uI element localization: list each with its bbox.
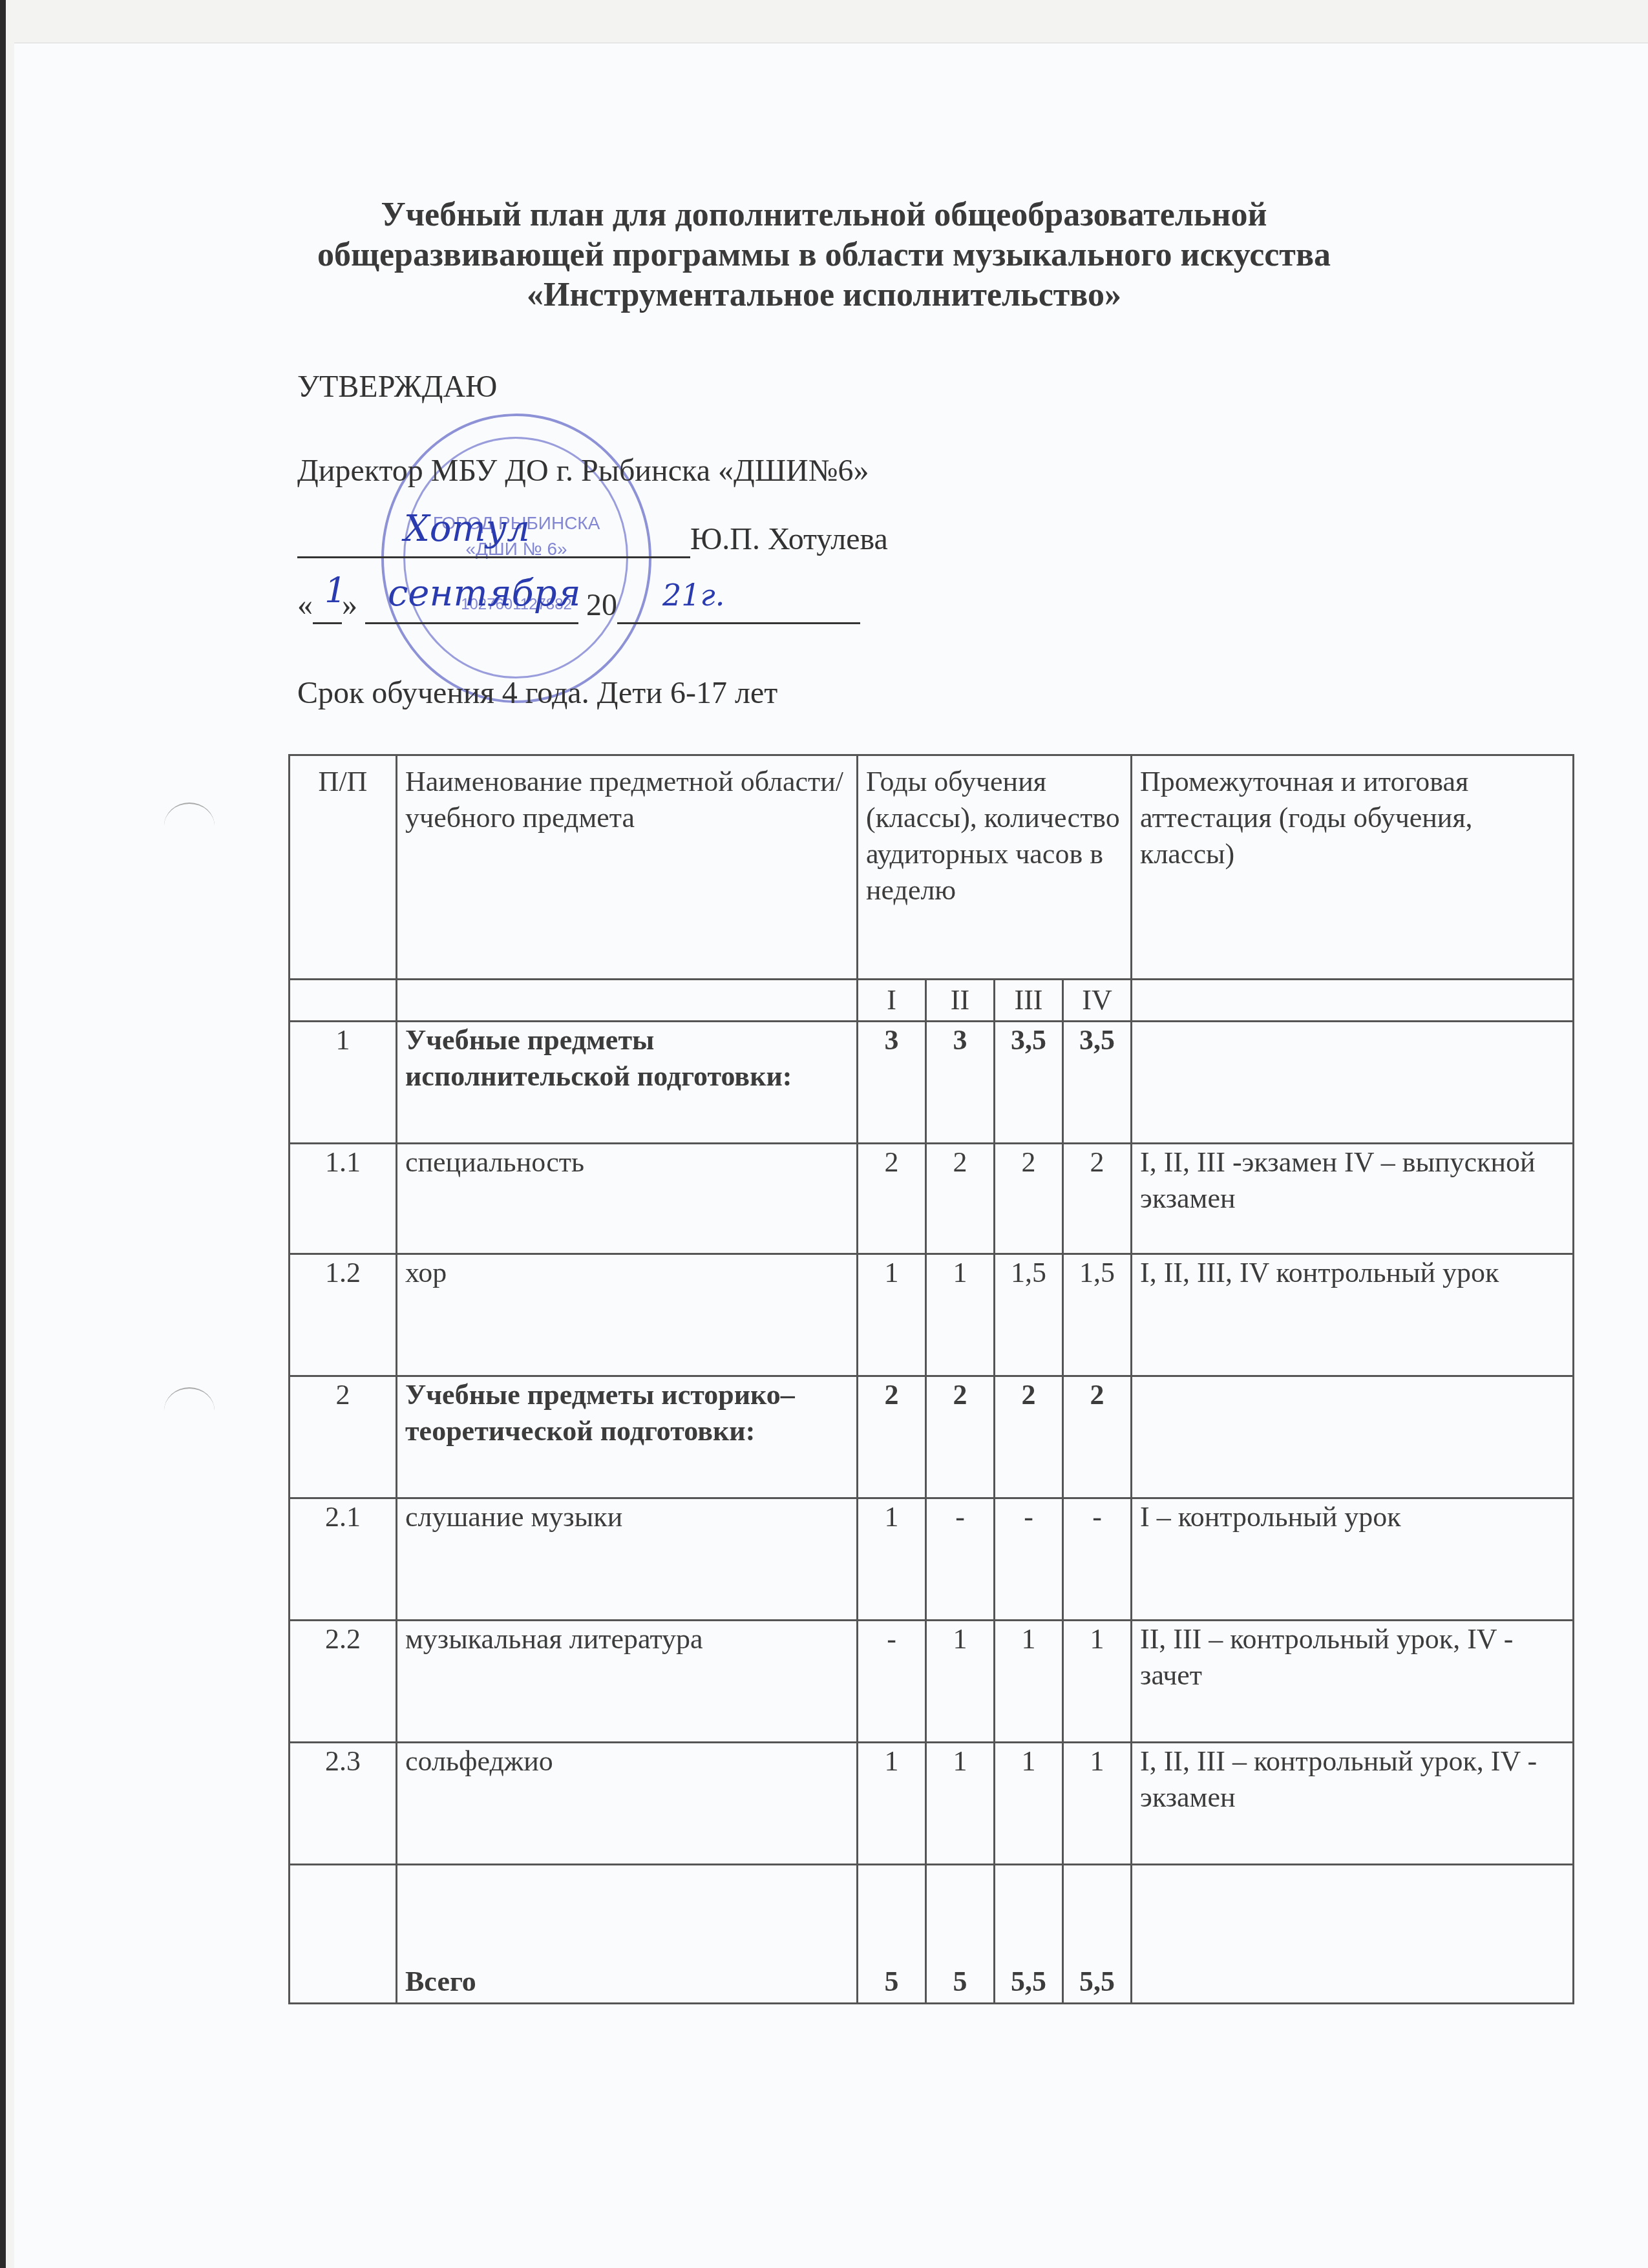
scanner-edge xyxy=(0,0,6,2268)
attestation xyxy=(1132,1022,1574,1144)
empty-cell xyxy=(1132,980,1574,1022)
subject-row: 2.3сольфеджио1111I, II, III – контрольны… xyxy=(290,1743,1574,1865)
row-number: 2.2 xyxy=(290,1621,397,1743)
section-row: 1Учебные предметы исполнительской подгот… xyxy=(290,1022,1574,1144)
weekly-hours: 1 xyxy=(858,1254,926,1376)
total-hours: 5 xyxy=(926,1865,995,2004)
section-row: 2Учебные предметы историко–теоретической… xyxy=(290,1376,1574,1498)
weekly-hours: 1 xyxy=(1063,1743,1132,1865)
handwritten-day: 1 xyxy=(324,572,346,610)
total-label: Всего xyxy=(397,1865,858,2004)
director-line: Директор МБУ ДО г. Рыбинска «ДШИ№6» xyxy=(297,452,869,490)
title-line-1: Учебный план для дополнительной общеобра… xyxy=(0,195,1648,235)
weekly-hours: 1,5 xyxy=(995,1254,1063,1376)
header-years: Годы обучения (классы), количество аудит… xyxy=(858,755,1132,980)
row-number: 2.3 xyxy=(290,1743,397,1865)
weekly-hours: 1 xyxy=(926,1254,995,1376)
header-name: Наименование предметной области/учебного… xyxy=(397,755,858,980)
weekly-hours: 2 xyxy=(1063,1376,1132,1498)
total-hours: 5,5 xyxy=(995,1865,1063,2004)
date-year-blank xyxy=(617,593,860,624)
subject-name: Учебные предметы исполнительской подгото… xyxy=(397,1022,858,1144)
title-line-3: «Инструментальное исполнительство» xyxy=(0,275,1648,315)
subject-name: слушание музыки xyxy=(397,1498,858,1621)
document-title: Учебный план для дополнительной общеобра… xyxy=(0,195,1648,315)
weekly-hours: 2 xyxy=(858,1144,926,1254)
attestation: I, II, III – контрольный урок, IV - экза… xyxy=(1132,1743,1574,1865)
year-label: I xyxy=(858,980,926,1022)
row-number: 1.1 xyxy=(290,1144,397,1254)
date-year-prefix: 20 xyxy=(586,588,617,622)
signatory-name: Ю.П. Хотулева xyxy=(690,522,888,556)
subject-row: 2.1слушание музыки1---I – контрольный ур… xyxy=(290,1498,1574,1621)
empty-cell xyxy=(290,980,397,1022)
weekly-hours: - xyxy=(926,1498,995,1621)
weekly-hours: 2 xyxy=(1063,1144,1132,1254)
empty-cell xyxy=(1132,1865,1574,2004)
weekly-hours: 3 xyxy=(926,1022,995,1144)
weekly-hours: 1 xyxy=(926,1743,995,1865)
weekly-hours: 1,5 xyxy=(1063,1254,1132,1376)
empty-cell xyxy=(290,1865,397,2004)
row-number: 1.2 xyxy=(290,1254,397,1376)
handwritten-signature: Хотул xyxy=(404,510,530,548)
subject-row: 1.1специальность2222I, II, III -экзамен … xyxy=(290,1144,1574,1254)
year-labels-row: I II III IV xyxy=(290,980,1574,1022)
subject-row: 1.2хор111,51,5I, II, III, IV контрольный… xyxy=(290,1254,1574,1376)
weekly-hours: 1 xyxy=(995,1743,1063,1865)
weekly-hours: 1 xyxy=(858,1498,926,1621)
total-hours: 5 xyxy=(858,1865,926,2004)
year-label: III xyxy=(995,980,1063,1022)
attestation: I, II, III -экзамен IV – выпускной экзам… xyxy=(1132,1144,1574,1254)
weekly-hours: 1 xyxy=(1063,1621,1132,1743)
year-label: IV xyxy=(1063,980,1132,1022)
subject-row: 2.2музыкальная литература-111II, III – к… xyxy=(290,1621,1574,1743)
curriculum-table: П/П Наименование предметной области/учеб… xyxy=(288,754,1574,2004)
weekly-hours: 2 xyxy=(995,1144,1063,1254)
header-num: П/П xyxy=(290,755,397,980)
subject-name: сольфеджио xyxy=(397,1743,858,1865)
weekly-hours: - xyxy=(1063,1498,1132,1621)
weekly-hours: 1 xyxy=(858,1743,926,1865)
subject-name: музыкальная литература xyxy=(397,1621,858,1743)
punch-hole-bottom xyxy=(164,1387,215,1411)
empty-cell xyxy=(397,980,858,1022)
weekly-hours: 2 xyxy=(858,1376,926,1498)
weekly-hours: 2 xyxy=(926,1144,995,1254)
attestation: II, III – контрольный урок, IV - зачет xyxy=(1132,1621,1574,1743)
attestation: I – контрольный урок xyxy=(1132,1498,1574,1621)
weekly-hours: - xyxy=(995,1498,1063,1621)
weekly-hours: 1 xyxy=(995,1621,1063,1743)
attestation: I, II, III, IV контрольный урок xyxy=(1132,1254,1574,1376)
subject-name: хор xyxy=(397,1254,858,1376)
weekly-hours: - xyxy=(858,1621,926,1743)
weekly-hours: 2 xyxy=(926,1376,995,1498)
weekly-hours: 1 xyxy=(926,1621,995,1743)
subject-name: специальность xyxy=(397,1144,858,1254)
attestation xyxy=(1132,1376,1574,1498)
weekly-hours: 3,5 xyxy=(1063,1022,1132,1144)
total-row: Всего 5 5 5,5 5,5 xyxy=(290,1865,1574,2004)
handwritten-year: 21г. xyxy=(662,576,724,614)
approve-label: УТВЕРЖДАЮ xyxy=(297,368,497,406)
weekly-hours: 3,5 xyxy=(995,1022,1063,1144)
handwritten-month: сентября xyxy=(388,575,581,613)
subject-name: Учебные предметы историко–теоретической … xyxy=(397,1376,858,1498)
title-line-2: общеразвивающей программы в области музы… xyxy=(0,235,1648,275)
term-line: Срок обучения 4 года. Дети 6-17 лет xyxy=(297,675,777,712)
row-number: 1 xyxy=(290,1022,397,1144)
weekly-hours: 2 xyxy=(995,1376,1063,1498)
punch-hole-top xyxy=(164,803,215,826)
date-open-quote: « xyxy=(297,588,313,622)
row-number: 2.1 xyxy=(290,1498,397,1621)
total-hours: 5,5 xyxy=(1063,1865,1132,2004)
year-label: II xyxy=(926,980,995,1022)
row-number: 2 xyxy=(290,1376,397,1498)
weekly-hours: 3 xyxy=(858,1022,926,1144)
table-header-row: П/П Наименование предметной области/учеб… xyxy=(290,755,1574,980)
header-attestation: Промежуточная и итоговая аттестация (год… xyxy=(1132,755,1574,980)
